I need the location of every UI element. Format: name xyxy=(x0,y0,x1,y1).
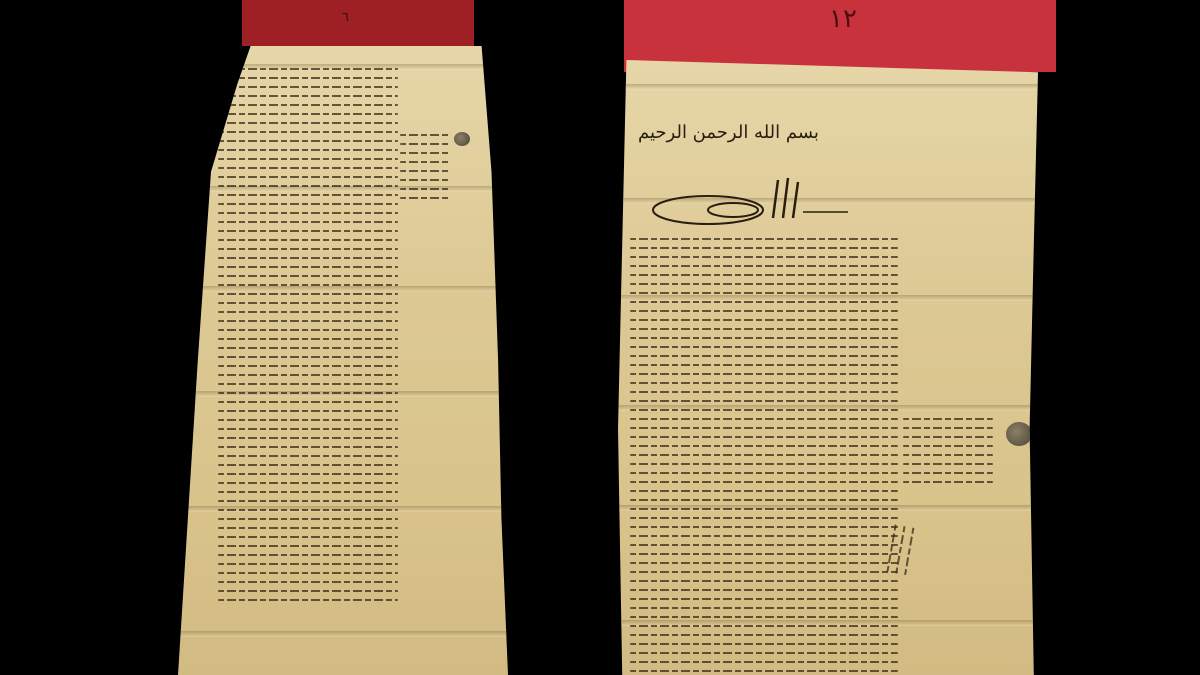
right-scroll: ١٢ بسم الله الرحمن الرحيم xyxy=(610,0,1060,675)
right-scroll-margin-note xyxy=(903,418,993,498)
left-scroll-text xyxy=(218,68,398,675)
right-scroll-text xyxy=(630,238,898,675)
left-header-mark: ٦ xyxy=(342,10,349,25)
right-scroll-seal xyxy=(1006,422,1032,446)
left-scroll-red-header: ٦ xyxy=(242,0,474,46)
left-scroll-seal xyxy=(454,132,470,146)
tughra-signature xyxy=(648,170,848,230)
right-scroll-vertical-note xyxy=(886,523,983,588)
right-header-mark: ١٢ xyxy=(829,4,857,34)
left-scroll: ٦ xyxy=(170,0,520,675)
basmala-invocation: بسم الله الرحمن الرحيم xyxy=(638,122,819,143)
left-scroll-margin-note xyxy=(400,134,450,224)
right-scroll-red-header: ١٢ xyxy=(624,0,1056,72)
left-scroll-paper xyxy=(178,46,508,675)
right-scroll-paper: بسم الله الرحمن الرحيم xyxy=(618,60,1038,675)
